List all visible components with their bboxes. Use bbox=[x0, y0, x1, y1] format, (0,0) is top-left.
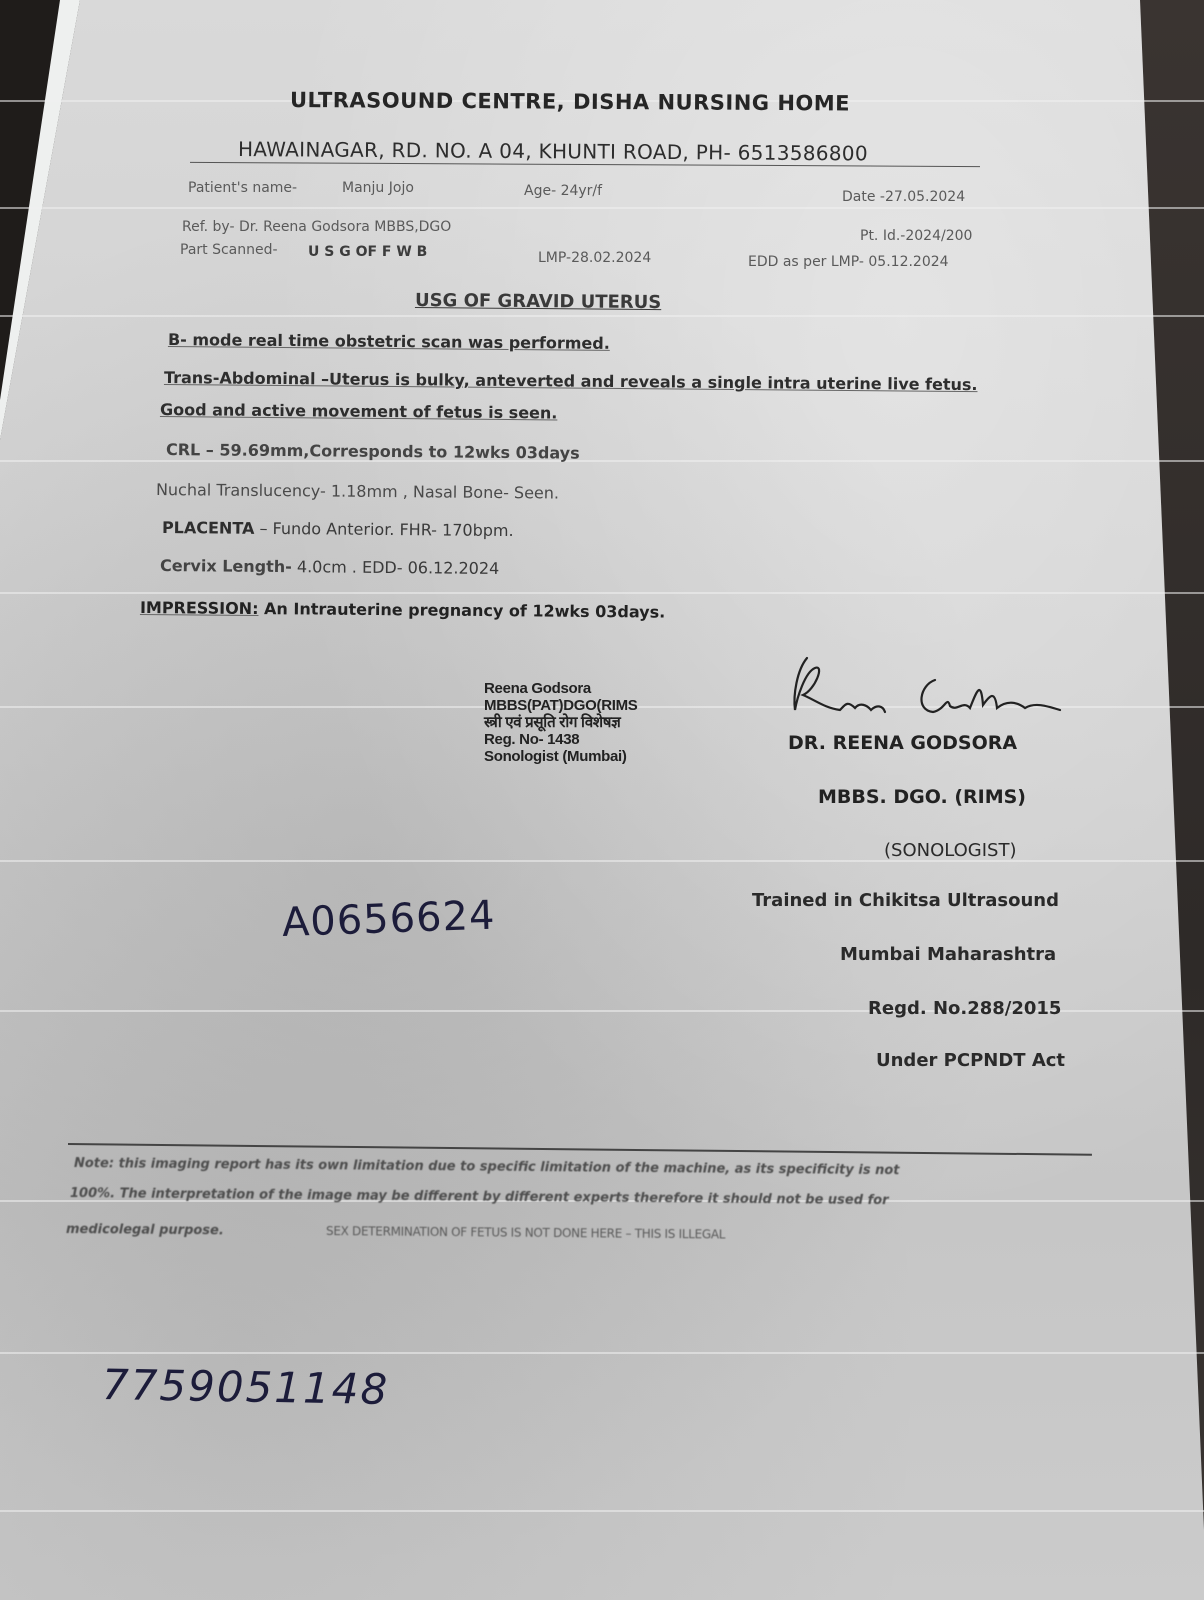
signatory-regd: Regd. No.288/2015 bbox=[868, 998, 1061, 1019]
signatory-name: DR. REENA GODSORA bbox=[788, 732, 1017, 754]
patient-name: Manju Jojo bbox=[342, 180, 414, 196]
patient-id: Pt. Id.-2024/200 bbox=[860, 228, 972, 244]
handwritten-code: A0656624 bbox=[281, 893, 496, 946]
signatory-role: (SONOLOGIST) bbox=[884, 840, 1017, 861]
nuchal-translucency: Nuchal Translucency- 1.18mm , Nasal Bone… bbox=[156, 480, 559, 503]
signature-icon bbox=[785, 650, 1075, 730]
patient-age: Age- 24yr/f bbox=[524, 183, 602, 199]
lmp-date: LMP-28.02.2024 bbox=[538, 250, 651, 266]
part-scanned: U S G OF F W B bbox=[308, 244, 427, 260]
fold-line bbox=[0, 315, 1204, 317]
stamp-line: MBBS(PAT)DGO(RIMS bbox=[484, 697, 638, 714]
handwritten-phone: 7759051148 bbox=[102, 1360, 390, 1414]
signatory-degree: MBBS. DGO. (RIMS) bbox=[818, 786, 1026, 808]
report-title: USG OF GRAVID UTERUS bbox=[415, 290, 661, 313]
signatory-training: Trained in Chikitsa Ultrasound bbox=[752, 890, 1059, 911]
fold-line bbox=[0, 460, 1204, 462]
doctor-stamp: Reena Godsora MBBS(PAT)DGO(RIMS स्त्री ए… bbox=[484, 680, 638, 765]
signatory-location: Mumbai Maharashtra bbox=[840, 944, 1056, 965]
fold-line bbox=[0, 860, 1204, 862]
report-line: Good and active movement of fetus is see… bbox=[160, 400, 558, 422]
centre-name: ULTRASOUND CENTRE, DISHA NURSING HOME bbox=[290, 88, 850, 115]
fold-line bbox=[0, 592, 1204, 594]
referred-by: Ref. by- Dr. Reena Godsora MBBS,DGO bbox=[182, 219, 451, 235]
placenta-value: – Fundo Anterior. FHR- 170bpm. bbox=[254, 519, 513, 540]
patient-name-label: Patient's name- bbox=[188, 180, 297, 196]
cervix-row: Cervix Length- 4.0cm . EDD- 06.12.2024 bbox=[160, 556, 499, 578]
placenta-label: PLACENTA bbox=[162, 518, 255, 538]
stamp-line: Reg. No- 1438 bbox=[484, 731, 638, 748]
signatory-act: Under PCPNDT Act bbox=[876, 1050, 1065, 1071]
footer-note-line: medicolegal purpose. bbox=[66, 1222, 224, 1238]
cervix-value: 4.0cm . EDD- 06.12.2024 bbox=[292, 557, 500, 578]
edd-as-per-lmp: EDD as per LMP- 05.12.2024 bbox=[748, 254, 949, 270]
stamp-line: Sonologist (Mumbai) bbox=[484, 748, 638, 765]
crl-measurement: CRL – 59.69mm,Corresponds to 12wks 03day… bbox=[166, 440, 580, 463]
stamp-line: Reena Godsora bbox=[484, 680, 638, 697]
fold-line bbox=[0, 1510, 1204, 1512]
impression-label: IMPRESSION: bbox=[140, 598, 259, 618]
cervix-label: Cervix Length- bbox=[160, 556, 292, 576]
stamp-line: स्त्री एवं प्रसूति रोग विशेषज्ञ bbox=[484, 714, 638, 731]
report-date: Date -27.05.2024 bbox=[842, 189, 965, 205]
part-scanned-label: Part Scanned- bbox=[180, 242, 278, 258]
impression-text: An Intrauterine pregnancy of 12wks 03day… bbox=[258, 599, 665, 622]
report-line: B- mode real time obstetric scan was per… bbox=[168, 330, 610, 353]
fold-line bbox=[0, 207, 1204, 209]
centre-address: HAWAINAGAR, RD. NO. A 04, KHUNTI ROAD, P… bbox=[238, 137, 868, 165]
placenta-row: PLACENTA – Fundo Anterior. FHR- 170bpm. bbox=[162, 518, 514, 540]
fold-line bbox=[0, 1352, 1204, 1354]
